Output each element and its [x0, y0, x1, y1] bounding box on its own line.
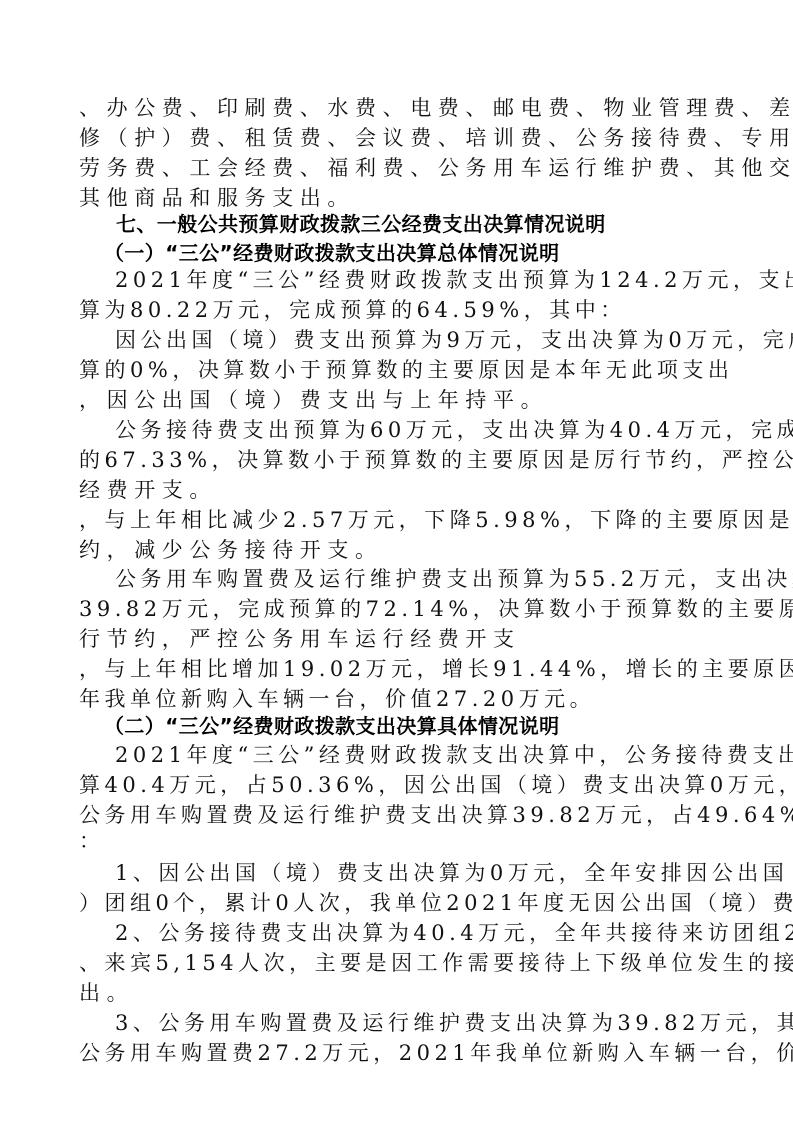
subsection-heading: （二）“三公”经费财政拨款支出决算具体情况说明 [104, 712, 560, 740]
paragraph-line: 2、公务接待费支出决算为40.4万元，全年共接待来访团组294个 [115, 918, 793, 948]
paragraph-line: 劳务费、工会经费、福利费、公务用车运行维护费、其他交通费用、 [79, 153, 793, 183]
paragraph-line: 、办公费、印刷费、水费、电费、邮电费、物业管理费、差旅费、维 [79, 93, 793, 123]
paragraph-line: 算为80.22万元，完成预算的64.59%，其中： [79, 295, 626, 325]
paragraph-line: 出。 [79, 978, 134, 1008]
document-page: 、办公费、印刷费、水费、电费、邮电费、物业管理费、差旅费、维 修（护）费、租赁费… [0, 0, 793, 1122]
paragraph-line: 公务用车购置费及运行维护费支出预算为55.2万元，支出决算为 [115, 564, 793, 594]
paragraph-line: ，因公出国（境）费支出与上年持平。 [79, 385, 548, 415]
paragraph-line: 约，减少公务接待开支。 [79, 535, 383, 565]
paragraph-line: 其他商品和服务支出。 [79, 183, 355, 213]
paragraph-line: 的67.33%，决算数小于预算数的主要原因是厉行节约，严控公务接待 [79, 445, 793, 475]
paragraph-line: ，与上年相比增加19.02万元，增长91.44%，增长的主要原因是2021 [79, 654, 793, 684]
paragraph-line: 公务用车购置费及运行维护费支出决算39.82万元，占49.64%。其中 [79, 800, 793, 830]
paragraph-line: 经费开支。 [79, 475, 217, 505]
paragraph-line: ）团组0个，累计0人次，我单位2021年度无因公出国（境）费支出。 [79, 888, 793, 918]
section-heading: 七、一般公共预算财政拨款三公经费支出决算情况说明 [116, 210, 606, 238]
paragraph-line: 算40.4万元，占50.36%，因公出国（境）费支出决算0万元，占0%， [79, 770, 793, 800]
paragraph-line: 2021年度“三公”经费财政拨款支出预算为124.2万元，支出决 [115, 265, 793, 295]
paragraph-line: 行节约，严控公务用车运行经费开支 [79, 624, 521, 654]
paragraph-line: 39.82万元，完成预算的72.14%，决算数小于预算数的主要原因是厉 [79, 594, 793, 624]
paragraph-line: 1、因公出国（境）费支出决算为0万元，全年安排因公出国（境 [115, 858, 793, 888]
paragraph-line: 3、公务用车购置费及运行维护费支出决算为39.82万元，其中： [115, 1008, 793, 1038]
subsection-heading: （一）“三公”经费财政拨款支出决算总体情况说明 [104, 239, 560, 267]
paragraph-line: 、来宾5,154人次，主要是因工作需要接待上下级单位发生的接待支 [79, 948, 793, 978]
paragraph-line: 修（护）费、租赁费、会议费、培训费、公务接待费、专用材料费、 [79, 123, 793, 153]
paragraph-line: 算的0%，决算数小于预算数的主要原因是本年无此项支出 [79, 355, 733, 385]
paragraph-line: 年我单位新购入车辆一台，价值27.20万元。 [79, 684, 595, 714]
paragraph-line: 公务用车购置费27.2万元，2021年我单位新购入车辆一台，价值27.2 [79, 1038, 793, 1068]
paragraph-line: ，与上年相比减少2.57万元，下降5.98%，下降的主要原因是厉行节 [79, 505, 793, 535]
paragraph-line: 2021年度“三公”经费财政拨款支出决算中，公务接待费支出决 [115, 740, 793, 770]
paragraph-line: 公务接待费支出预算为60万元，支出决算为40.4万元，完成预算 [115, 415, 793, 445]
paragraph-line: ： [79, 826, 107, 856]
paragraph-line: 因公出国（境）费支出预算为9万元，支出决算为0万元，完成预 [115, 325, 793, 355]
